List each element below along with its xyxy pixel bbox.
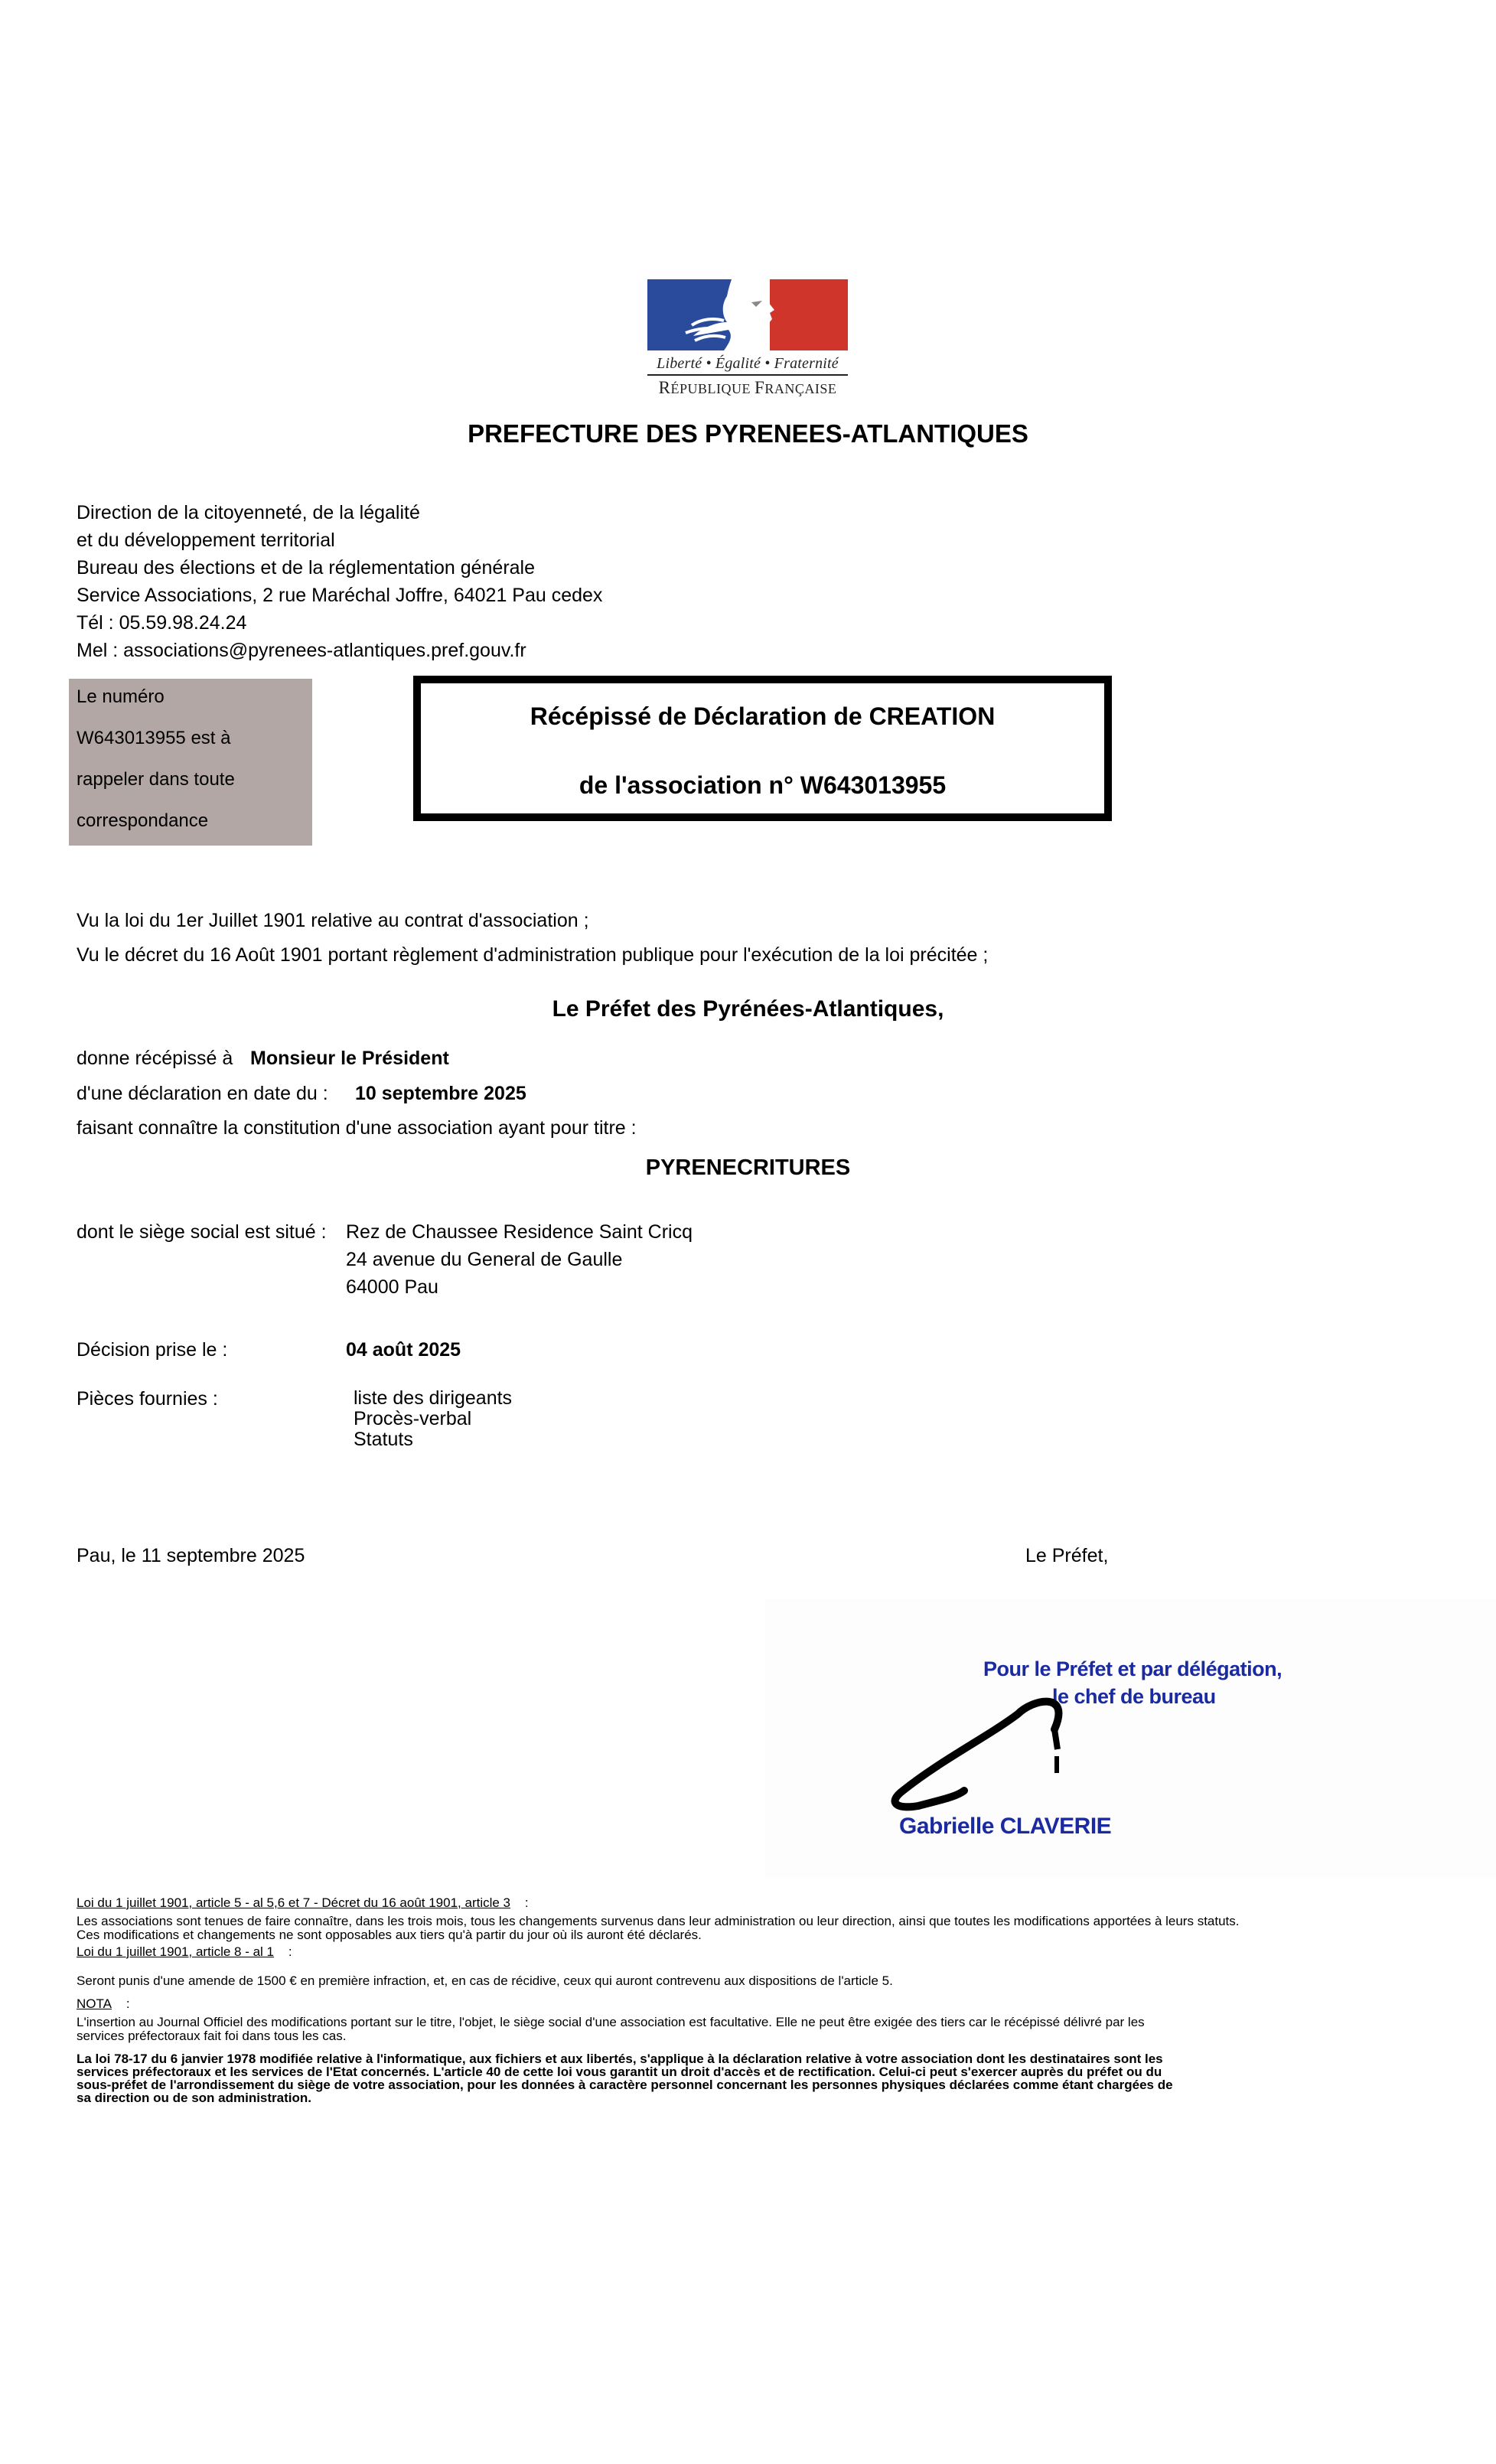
decision-date: 04 août 2025 [346,1338,461,1361]
notice-ref-1: Loi du 1 juillet 1901, article 5 - al 5,… [77,1896,1240,1915]
marianne-flag-icon [647,279,848,350]
sender-address: Direction de la citoyenneté, de la légal… [77,499,602,664]
legal-notices: Loi du 1 juillet 1901, article 5 - al 5,… [77,1896,1240,2104]
receipt-title-box: Récépissé de Déclaration de CREATION de … [413,676,1112,821]
seat-line: Rez de Chaussee Residence Saint Cricq [346,1221,693,1243]
recipient-label: donne récépissé à [77,1047,233,1070]
logo-divider [647,374,848,376]
nota-label: NOTA : [77,1997,1240,2016]
document-item: Procès-verbal [354,1409,512,1429]
preamble-law: Vu la loi du 1er Juillet 1901 relative a… [77,909,589,932]
association-number: de l'association n° W643013955 [421,771,1104,800]
seat-line: 64000 Pau [346,1276,438,1299]
document-item: Statuts [354,1429,512,1450]
address-line: et du développement territorial [77,526,602,554]
prefecture-title: PREFECTURE DES PYRENEES-ATLANTIQUES [0,419,1496,448]
signatory-name: Gabrielle CLAVERIE [899,1814,1111,1840]
republic-name: RÉPUBLIQUE FRANÇAISE [644,378,851,398]
note-line: rappeler dans toute [77,769,235,790]
note-line: correspondance [77,810,208,832]
note-line: W643013955 est à [77,728,230,749]
constitution-text: faisant connaître la constitution d'une … [77,1116,637,1139]
documents-label: Pièces fournies : [77,1387,218,1410]
notice-text: Les associations sont tenues de faire co… [77,1915,1240,1928]
republic-motto: Liberté • Égalité • Fraternité [644,355,851,373]
declaration-date-value: 10 septembre 2025 [355,1082,526,1105]
seat-label: dont le siège social est situé : [77,1221,327,1243]
documents-list: liste des dirigeants Procès-verbal Statu… [354,1388,512,1450]
preamble-decree: Vu le décret du 16 Août 1901 portant règ… [77,944,988,966]
email-line: Mel : associations@pyrenees-atlantiques.… [77,637,602,664]
nota-text: L'insertion au Journal Officiel des modi… [77,2016,1240,2029]
privacy-notice: sa direction ou de son administration. [77,2091,1240,2104]
place-date: Pau, le 11 septembre 2025 [77,1544,305,1567]
notice-ref-2: Loi du 1 juillet 1901, article 8 - al 1 … [77,1945,1240,1974]
note-line: Le numéro [77,686,165,708]
reference-number-note: Le numéro W643013955 est à rappeler dans… [69,679,312,846]
privacy-notice: La loi 78-17 du 6 janvier 1978 modifiée … [77,2052,1240,2065]
address-line: Bureau des élections et de la réglementa… [77,554,602,582]
recipient-value: Monsieur le Président [250,1047,449,1070]
notice-text: Seront punis d'une amende de 1500 € en p… [77,1974,1240,1997]
phone-line: Tél : 05.59.98.24.24 [77,609,602,637]
handwritten-signature-icon [765,1599,1496,1879]
address-line: Service Associations, 2 rue Maréchal Jof… [77,582,602,609]
receipt-title: Récépissé de Déclaration de CREATION [421,702,1104,731]
association-name: PYRENECRITURES [0,1155,1496,1181]
prefet-heading: Le Préfet des Pyrénées-Atlantiques, [0,996,1496,1022]
seat-line: 24 avenue du General de Gaulle [346,1248,622,1271]
address-line: Direction de la citoyenneté, de la légal… [77,499,602,526]
declaration-date-label: d'une déclaration en date du : [77,1082,328,1105]
decision-label: Décision prise le : [77,1338,227,1361]
privacy-notice: sous-préfet de l'arrondissement du siège… [77,2078,1240,2091]
notice-text: Ces modifications et changements ne sont… [77,1928,1240,1945]
signatory-label: Le Préfet, [1025,1544,1108,1567]
signature-stamp: Pour le Préfet et par délégation, le che… [765,1599,1496,1879]
privacy-notice: services préfectoraux et les services de… [77,2065,1240,2078]
nota-text: services préfectoraux fait foi dans tous… [77,2029,1240,2052]
document-item: liste des dirigeants [354,1388,512,1409]
marianne-logo: Liberté • Égalité • Fraternité RÉPUBLIQU… [644,278,851,402]
